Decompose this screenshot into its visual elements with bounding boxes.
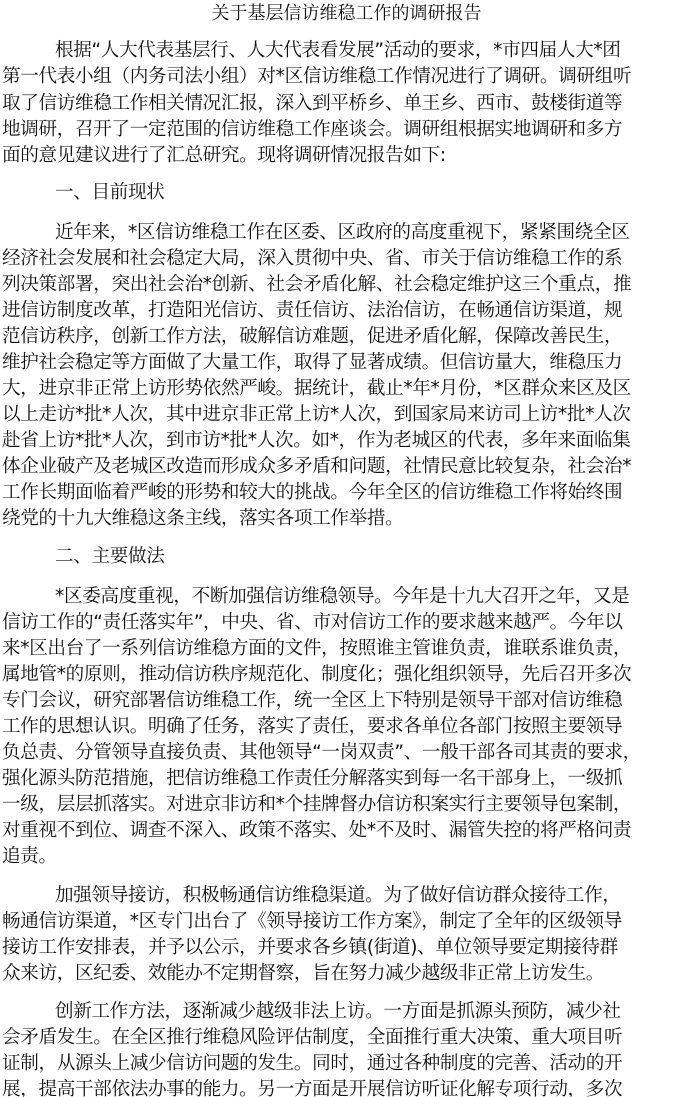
text-line: 进信访制度改革，打造阳光信访、责任信访、法治信访，在畅通信访渠道，规 [2, 298, 622, 324]
text-line: 面的意见建议进行了汇总研究。现将调研情况报告如下: [2, 143, 446, 169]
text-line: 加强领导接访，积极畅通信访维稳渠道。为了做好信访群众接待工作， [55, 883, 621, 909]
section-heading-main-practices: 二、主要做法 [55, 544, 164, 570]
text-line: 接访工作安排表，并予以公示，并要求各乡镇(街道)、单位领导要定期接待群 [2, 935, 618, 961]
document-title: 关于基层信访维稳工作的调研报告 [0, 2, 693, 26]
text-line: 众来访，区纪委、效能办不定期督察，旨在努力减少越级非正常上访发生。 [2, 961, 604, 987]
text-line: 负总责、分管领导直接负责、其他领导“一岗双责”、一般干部各司其责的要求， [2, 740, 641, 766]
section-heading-current-status: 一、目前现状 [55, 180, 164, 206]
text-line: 工作长期面临着严峻的形势和较大的挑战。今年全区的信访维稳工作将始终围 [2, 480, 622, 506]
text-line: 证制，从源头上减少信访问题的发生。同时，通过各种制度的完善、活动的开 [2, 1051, 622, 1077]
text-line: 创新工作方法，逐渐减少越级非法上访。一方面是抓源头预防，减少社 [55, 999, 621, 1025]
text-line: 地调研，召开了一定范围的信访维稳工作座谈会。调研组根据实地调研和多方 [2, 117, 622, 143]
text-line: 畅通信访渠道，*区专门出台了《领导接访工作方案》，制定了全年的区级领导 [2, 909, 622, 935]
text-line: 工作的思想认识。明确了任务，落实了责任，要求各单位各部门按照主要领导 [2, 714, 622, 740]
text-line: 追责。 [2, 844, 57, 870]
text-line: 展，提高干部依法办事的能力。另一方面是开展信访听证化解专项行动，多次 [2, 1077, 622, 1097]
text-line: 以上走访*批*人次，其中进京非正常上访*人次，到国家局来访司上访*批*人次 [2, 402, 631, 428]
text-line: 专门会议，研究部署信访维稳工作，统一全区上下特别是领导干部对信访维稳 [2, 688, 622, 714]
text-line: 来*区出台了一系列信访维稳方面的文件，按照谁主管谁负责，谁联系谁负责， [2, 636, 631, 662]
text-line: 经济社会发展和社会稳定大局，深入贯彻中央、省、市关于信访维稳工作的系 [2, 246, 622, 272]
text-line: 体企业破产及老城区改造而形成众多矛盾和问题，社情民意比较复杂，社会治* [2, 454, 631, 480]
text-line: 强化源头防范措施，把信访维稳工作责任分解落实到每一名干部身上，一级抓 [2, 766, 622, 792]
text-line: 会矛盾发生。在全区推行维稳风险评估制度，全面推行重大决策、重大项目听 [2, 1025, 622, 1051]
text-line: 信访工作的“责任落实年”，中央、省、市对信访工作的要求越来越严。今年以 [2, 610, 623, 636]
text-line: 第一代表小组（内务司法小组）对*区信访维稳工作情况进行了调研。调研组听 [2, 64, 631, 90]
text-line: 一级，层层抓落实。对进京非访和*个挂牌督办信访积案实行主要领导包案制， [2, 792, 631, 818]
text-line: 绕党的十九大维稳这条主线，落实各项工作举措。 [2, 506, 403, 532]
text-line: 列决策部署，突出社会治*创新、社会矛盾化解、社会稳定维护这三个重点，推 [2, 272, 631, 298]
text-line: 属地管*的原则，推动信访秩序规范化、制度化；强化组织领导，先后召开多次 [2, 662, 631, 688]
text-line: 维护社会稳定等方面做了大量工作，取得了显著成绩。但信访量大，维稳压力 [2, 350, 622, 376]
text-line: 范信访秩序，创新工作方法，破解信访难题，促进矛盾化解，保障改善民生， [2, 324, 622, 350]
text-line: 对重视不到位、调查不深入、政策不落实、处*不及时、漏管失控的将严格问责 [2, 818, 631, 844]
text-line: 大，进京非正常上访形势依然严峻。据统计，截止*年*月份，*区群众来区及区 [2, 376, 631, 402]
text-line: 取了信访维稳工作相关情况汇报，深入到平桥乡、单王乡、西市、鼓楼街道等 [2, 91, 622, 117]
text-line: 赴省上访*批*人次，到市访*批*人次。如*，作为老城区的代表，多年来面临集 [2, 428, 631, 454]
text-line: 近年来，*区信访维稳工作在区委、区政府的高度重视下，紧紧围绕全区 [55, 220, 630, 246]
text-line: *区委高度重视，不断加强信访维稳领导。今年是十九大召开之年，又是 [55, 584, 630, 610]
text-line: 根据“人大代表基层行、人大代表看发展”活动的要求，*市四届人大*团 [55, 38, 621, 64]
